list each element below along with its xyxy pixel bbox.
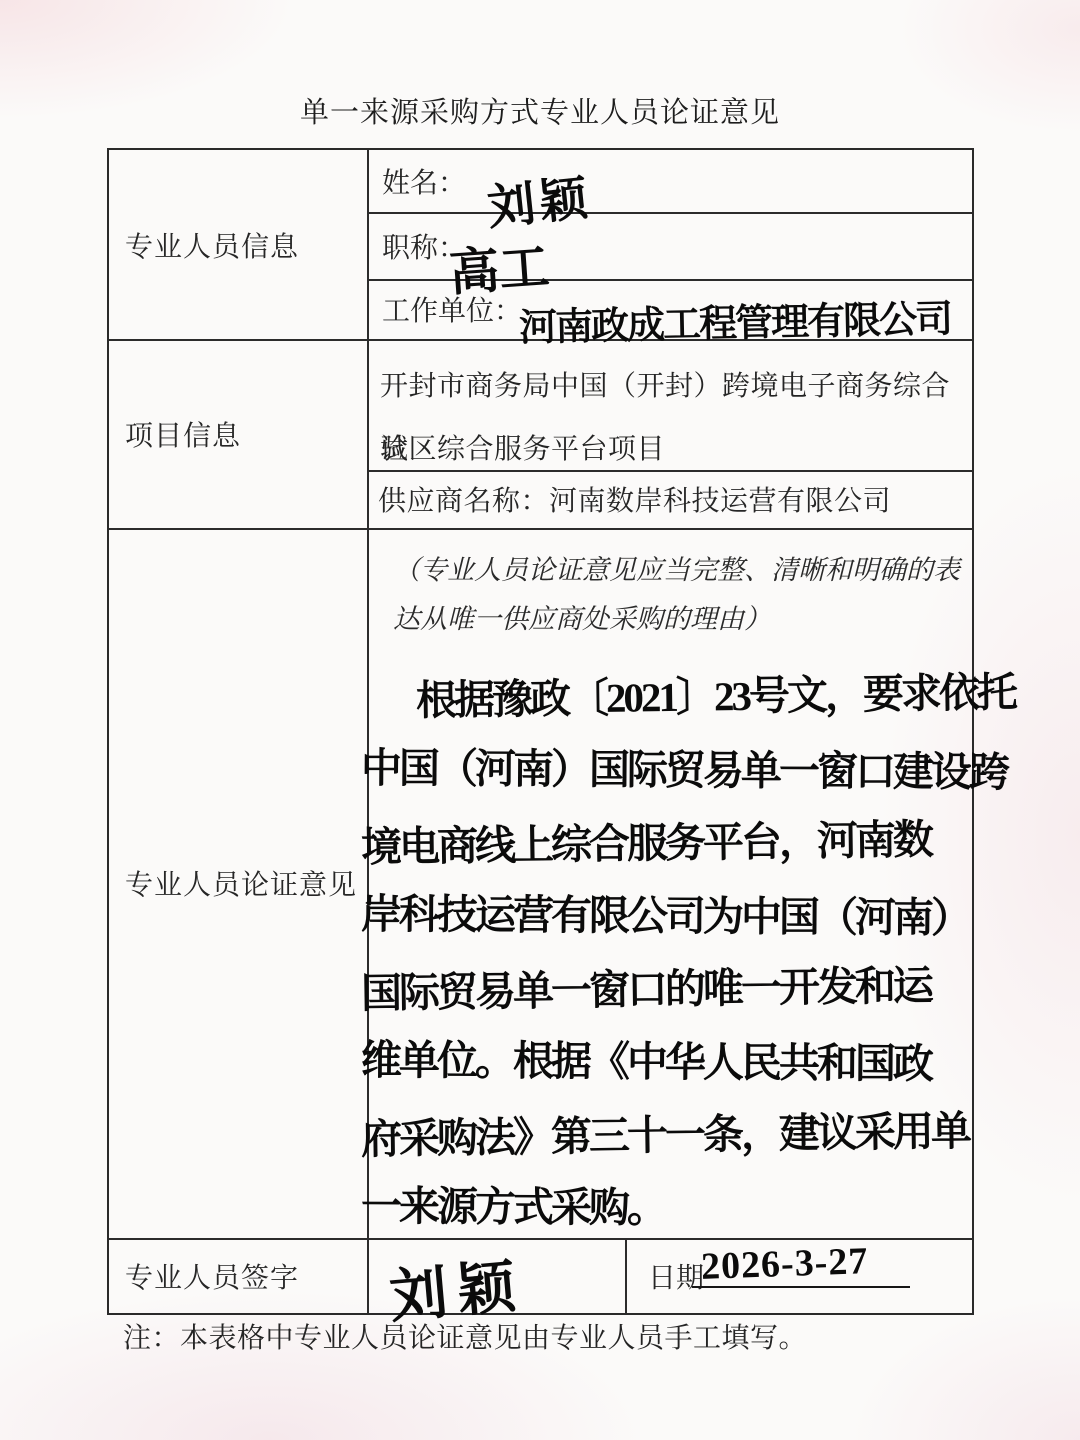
handwritten-opinion-line: 国际贸易单一窗口的唯一开发和运: [361, 950, 984, 1032]
section-label-personnel: 专业人员信息: [109, 150, 383, 339]
section-label-signature: 专业人员签字: [109, 1238, 383, 1313]
supplier-name-line: 供应商名称：河南数岸科技运营有限公司: [378, 470, 972, 528]
date-label: 日期: [648, 1238, 708, 1313]
opinion-instruction: （专业人员论证意见应当完整、清晰和明确的表 达从唯一供应商处采购的理由）: [393, 546, 983, 644]
handwritten-opinion-line: 境电商线上综合服务平台，河南数: [361, 804, 984, 886]
section-label-project: 项目信息: [109, 339, 383, 528]
opinion-instruction-line: （专业人员论证意见应当完整、清晰和明确的表: [393, 546, 983, 595]
handwritten-opinion-line: 维单位。根据《中华人民共和国政: [361, 1025, 983, 1102]
field-label-name: 姓名：: [367, 150, 987, 212]
project-name-line: 开封市商务局中国（开封）跨境电子商务综合试: [380, 355, 972, 418]
project-name: 开封市商务局中国（开封）跨境电子商务综合试 验区综合服务平台项目: [380, 355, 972, 481]
opinion-instruction-line: 达从唯一供应商处采购的理由）: [393, 595, 983, 644]
section-label-opinion: 专业人员论证意见: [109, 528, 383, 1238]
handwritten-opinion-line: 府采购法》第三十一条，建议采用单: [361, 1096, 984, 1178]
handwritten-opinion-line: 一来源方式采购。: [361, 1171, 983, 1248]
form-title: 单一来源采购方式专业人员论证意见: [0, 90, 1080, 131]
table-border-line: [625, 1238, 627, 1313]
handwritten-opinion-line: 中国（河南）国际贸易单一窗口建设跨: [361, 733, 983, 810]
handwritten-opinion-line: 根据豫政〔2021〕23号文，要求依托: [361, 658, 984, 740]
handwritten-date-value: 2026-3-27: [700, 1239, 869, 1289]
form-table: 专业人员信息 项目信息 专业人员论证意见 专业人员签字 姓名： 职称： 工作单位…: [107, 148, 974, 1315]
handwritten-title-value: 高工: [447, 227, 552, 306]
handwritten-opinion: 根据豫政〔2021〕23号文，要求依托 中国（河南）国际贸易单一窗口建设跨 境电…: [361, 662, 983, 1246]
handwritten-workunit-value: 河南政成工程管理有限公司: [518, 287, 951, 351]
scanned-form-page: 单一来源采购方式专业人员论证意见 专业人员信息 项目信息 专业人员论证意见 专业…: [0, 0, 1080, 1440]
footnote: 注：本表格中专业人员论证意见由专业人员手工填写。: [123, 1316, 807, 1356]
handwritten-opinion-line: 岸科技运营有限公司为中国（河南）: [361, 879, 983, 956]
